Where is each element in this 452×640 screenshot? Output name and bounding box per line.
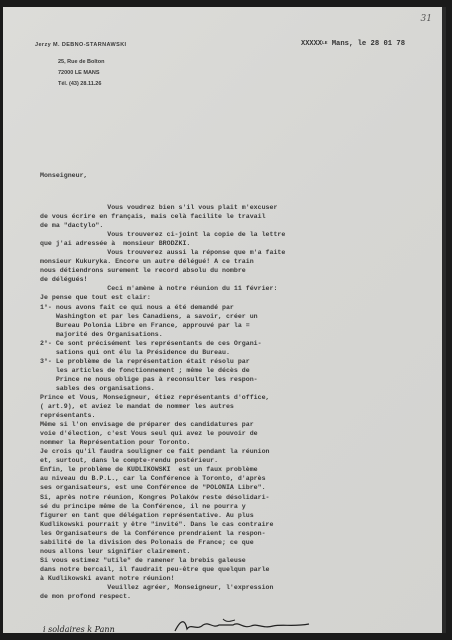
body-line: dans notre bercail, il faudrait peu-être… (40, 565, 445, 574)
body-line: Prince ne nous oblige pas à reconsulter … (40, 375, 445, 384)
body-line: de vous écrire en français, mais celà fa… (40, 212, 445, 221)
address-street: 25, Rue de Bolton (58, 57, 104, 68)
body-line: Je crois qu'il faudra souligner ce fait … (40, 447, 445, 456)
body-line: 1°- nous avons fait ce qui nous a été de… (40, 303, 445, 312)
body-line: majorité des Organisations. (40, 330, 445, 339)
body-line: Vous trouverez ci-joint la copie de la l… (40, 230, 445, 239)
body-line: et, surtout, dans le compte-rendu postér… (40, 456, 445, 465)
body-line: Je pense que tout est clair: (40, 293, 445, 302)
body-line: 3°- Le problème de la représentation éta… (40, 357, 445, 366)
body-line: Si, après notre réunion, Kongres Polaków… (40, 493, 445, 502)
date-line: XXXXXLE Mans, le 28 01 78 (301, 40, 405, 48)
body-line: voie d'élection, c'est Vous seul qui ave… (40, 429, 445, 438)
signature-icon (173, 617, 313, 633)
body-line: nous allons leur signifier clairement. (40, 547, 445, 556)
body-line: Veuillez agréer, Monseigneur, l'expressi… (40, 583, 445, 592)
body-line: de ma "dactylo". (40, 221, 445, 230)
letter-body: Vous voudrez bien s'il vous plait m'excu… (40, 203, 445, 601)
letterhead-name: Jerzy M. DEBNO-STARNAWSKI (35, 42, 127, 48)
body-line: nommer la Représentation pour Toronto. (40, 438, 445, 447)
body-line: de mon profond respect. (40, 592, 445, 601)
body-line: Ceci m'amène à notre réunion du 11 févri… (40, 284, 445, 293)
salutation: Monseigneur, (40, 172, 87, 179)
body-line: figurer en tant que délégation représent… (40, 511, 445, 520)
address-phone: Tél. (43) 28.11.26 (58, 79, 104, 90)
body-line: au niveau du B.P.L., car la Conférence à… (40, 474, 445, 483)
body-line: sables des organisations. (40, 384, 445, 393)
body-line: à Kudlikowski avant notre réunion! (40, 574, 445, 583)
body-line: Bureau Polonia Libre en France, approuvé… (40, 321, 445, 330)
page-number: 31 (421, 14, 432, 24)
body-line: Vous trouverez aussi la réponse que m'a … (40, 248, 445, 257)
body-line: Prince et Vous, Monseigneur, étiez repré… (40, 393, 445, 402)
body-line: sé du principe même de la Conférence, il… (40, 502, 445, 511)
letterhead-address: 25, Rue de Bolton 72000 LE MANS Tél. (43… (58, 57, 104, 90)
body-line: représentants. (40, 411, 445, 420)
body-line: ( art.9), et aviez le mandat de nommer l… (40, 402, 445, 411)
body-line: sations qui ont élu la Présidence du Bur… (40, 348, 445, 357)
body-line: les articles de fonctionnement ; même le… (40, 366, 445, 375)
body-line: Kudlikowski pourrait y être "invité". Da… (40, 520, 445, 529)
body-line: Washington et par les Canadiens, a savoi… (40, 312, 445, 321)
body-line: Si vous estimez "utile" de ramener la br… (40, 556, 445, 565)
body-line: sabilité de la division des Polonais de … (40, 538, 445, 547)
letter-page: 31 Jerzy M. DEBNO-STARNAWSKI 25, Rue de … (3, 7, 446, 633)
body-line: nous détiendrons surement le record abso… (40, 266, 445, 275)
body-line: Même si l'on envisage de préparer des ca… (40, 420, 445, 429)
handwritten-closing: i soldaires k Pann (43, 625, 115, 633)
body-line: monsieur Kukuryka. Encore un autre délég… (40, 257, 445, 266)
body-line: Enfin, le problème de KUDLIKOWSKI est un… (40, 465, 445, 474)
body-line: de délégués! (40, 275, 445, 284)
body-line: que j'ai adressée à monsieur BRODZKI. (40, 239, 445, 248)
date-text: Mans, le 28 01 78 (327, 40, 405, 48)
date-struck-text: XXXXX (301, 40, 322, 48)
address-city: 72000 LE MANS (58, 68, 104, 79)
body-line: les Organisateurs de la Conférence prend… (40, 529, 445, 538)
body-line: 2°- Ce sont précisément les représentant… (40, 339, 445, 348)
body-line: Vous voudrez bien s'il vous plait m'excu… (40, 203, 445, 212)
body-line: ses organisateurs, est une Conférence de… (40, 483, 445, 492)
